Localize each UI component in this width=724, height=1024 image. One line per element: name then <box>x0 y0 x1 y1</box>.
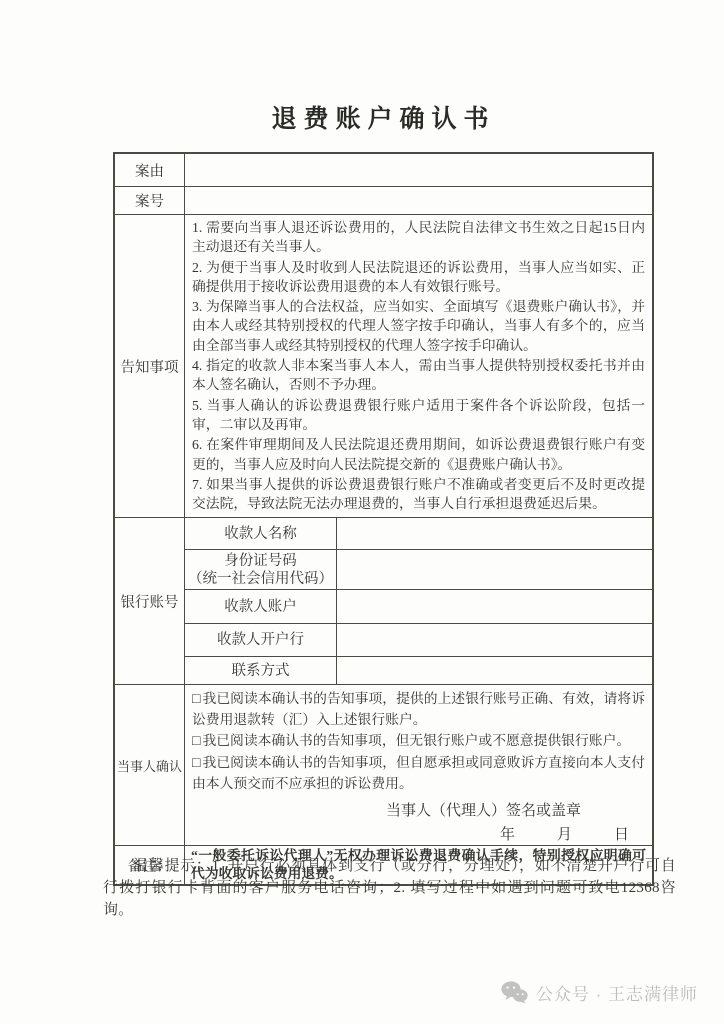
bank-account-row: 银行账号 收款人名称 身份证号码 （统一社会信用代码） 收款人账户 <box>115 517 652 684</box>
payee-name-label: 收款人名称 <box>185 518 337 549</box>
payee-bank-branch-field[interactable] <box>337 624 652 656</box>
notice-item: 7. 如果当事人提供的诉讼费退费银行账户不准确或者变更后不及时更改提交法院，导致… <box>192 475 645 514</box>
wechat-icon <box>501 981 528 1004</box>
page-title: 退费账户确认书 <box>113 99 654 135</box>
scanned-document-page: 退费账户确认书 案由 案号 告知事项 1. 需要向当事人退还诉讼费用的，人民法院… <box>0 0 724 1024</box>
confirm-option-1: □我已阅读本确认书的告知事项，提供的上述银行账号正确、有效，请将诉讼费用退款转（… <box>192 689 645 730</box>
date-year-label: 年 <box>500 825 515 845</box>
case-number-label: 案号 <box>115 187 185 214</box>
date-month-label: 月 <box>557 825 572 845</box>
watermark-text: 公众号 · 王志满律师 <box>536 980 698 1005</box>
confirm-option-1-text: 我已阅读本确认书的告知事项，提供的上述银行账号正确、有效，请将诉讼费用退款转（汇… <box>192 691 645 727</box>
party-confirmation-label: 当事人确认 <box>115 685 185 845</box>
bank-subtable: 收款人名称 身份证号码 （统一社会信用代码） 收款人账户 收款人开户行 <box>185 518 652 684</box>
id-number-row: 身份证号码 （统一社会信用代码） <box>185 549 652 589</box>
payee-bank-branch-label: 收款人开户行 <box>185 624 337 656</box>
notice-item: 6. 在案件审理期间及人民法院退还费用期间，如诉讼费退费银行账户有变更的，当事人… <box>192 435 645 474</box>
confirm-option-3: □我已阅读本确认书的告知事项，但自愿承担或同意败诉方直接向本人支付由本人预交而不… <box>192 753 645 794</box>
date-day-label: 日 <box>614 825 629 845</box>
id-number-label-line1: 身份证号码 <box>224 552 297 570</box>
case-cause-row: 案由 <box>115 154 652 186</box>
friendly-tips: 温馨提示：1. 开户行必须具体到支行（或分行，分理处），如不清楚开户行可自行拨打… <box>103 855 676 921</box>
signature-label: 当事人（代理人）签名或盖章 <box>192 801 645 821</box>
notice-item: 3. 为保障当事人的合法权益，应当如实、全面填写《退费账户确认书》，并由本人或经… <box>192 297 645 355</box>
payee-bank-branch-row: 收款人开户行 <box>185 623 652 656</box>
party-confirmation-body: □我已阅读本确认书的告知事项，提供的上述银行账号正确、有效，请将诉讼费用退款转（… <box>185 685 652 845</box>
payee-name-row: 收款人名称 <box>185 518 652 549</box>
party-confirmation-row: 当事人确认 □我已阅读本确认书的告知事项，提供的上述银行账号正确、有效，请将诉讼… <box>115 684 652 845</box>
notice-item: 2. 为便于当事人及时收到人民法院退还的诉讼费用，当事人应当如实、正确提供用于接… <box>192 258 645 297</box>
case-number-row: 案号 <box>115 186 652 214</box>
notices-text: 1. 需要向当事人退还诉讼费用的，人民法院自法律文书生效之日起15日内主动退还有… <box>185 215 652 517</box>
id-number-label: 身份证号码 （统一社会信用代码） <box>185 550 337 589</box>
checkbox-icon[interactable]: □ <box>192 754 200 774</box>
refund-account-form: 案由 案号 告知事项 1. 需要向当事人退还诉讼费用的，人民法院自法律文书生效之… <box>113 152 654 886</box>
id-number-field[interactable] <box>337 550 652 589</box>
date-line: 年 月 日 <box>192 825 645 845</box>
notice-item: 1. 需要向当事人退还诉讼费用的，人民法院自法律文书生效之日起15日内主动退还有… <box>192 218 645 257</box>
checkbox-icon[interactable]: □ <box>192 690 200 710</box>
checkbox-icon[interactable]: □ <box>192 732 200 752</box>
confirm-option-2-text: 我已阅读本确认书的告知事项，但无银行账户或不愿意提供银行账户。 <box>202 733 630 748</box>
notice-item: 5. 当事人确认的诉讼费退费银行账户适用于案件各个诉讼阶段，包括一审，二审以及再… <box>192 396 645 435</box>
payee-name-field[interactable] <box>337 518 652 549</box>
payee-account-field[interactable] <box>337 590 652 623</box>
notice-item: 4. 指定的收款人非本案当事人本人，需由当事人提供特别授权委托书并由本人签名确认… <box>192 356 645 395</box>
confirm-option-3-text: 我已阅读本确认书的告知事项，但自愿承担或同意败诉方直接向本人支付由本人预交而不应… <box>192 755 645 791</box>
contact-field[interactable] <box>337 657 652 684</box>
contact-label: 联系方式 <box>185 657 337 684</box>
id-number-label-line2: （统一社会信用代码） <box>188 570 333 588</box>
contact-row: 联系方式 <box>185 656 652 684</box>
case-cause-field[interactable] <box>185 154 652 186</box>
confirm-option-2: □我已阅读本确认书的告知事项，但无银行账户或不愿意提供银行账户。 <box>192 731 645 752</box>
case-cause-label: 案由 <box>115 154 185 186</box>
bank-account-label: 银行账号 <box>115 518 185 684</box>
wechat-watermark: 公众号 · 王志满律师 <box>501 980 698 1005</box>
notices-label: 告知事项 <box>115 215 185 517</box>
payee-account-label: 收款人账户 <box>185 590 337 623</box>
payee-account-row: 收款人账户 <box>185 589 652 623</box>
notices-row: 告知事项 1. 需要向当事人退还诉讼费用的，人民法院自法律文书生效之日起15日内… <box>115 214 652 517</box>
case-number-field[interactable] <box>185 187 652 214</box>
